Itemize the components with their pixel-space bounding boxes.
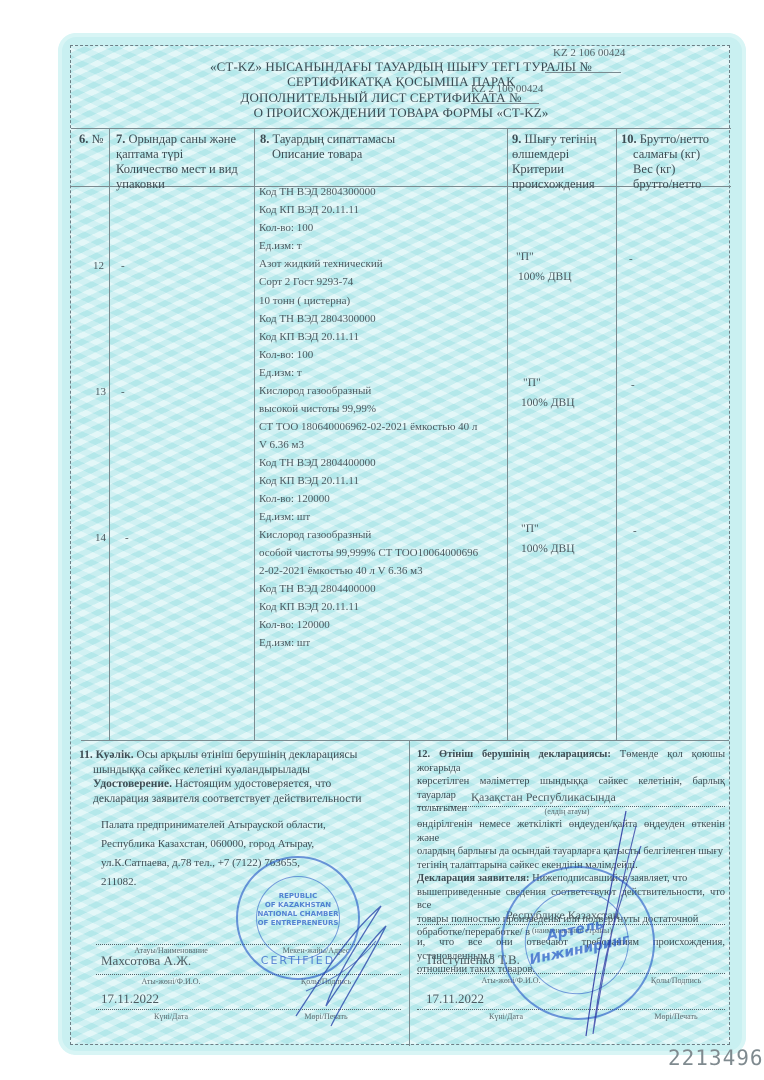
desc-line: Кол-во: 120000 <box>259 619 330 631</box>
desc-line: Код ТН ВЭД 2804400000 <box>259 457 376 469</box>
desc-line: Кол-во: 100 <box>259 222 313 234</box>
cert-number-ru: KZ 2 106 00424 <box>471 83 543 95</box>
row-criteria-value: 100% ДВЦ <box>521 543 575 555</box>
desc-line: Ед.изм: т <box>259 367 302 379</box>
desc-line: Код КП ВЭД 20.11.11 <box>259 204 359 216</box>
desc-line: Азот жидкий технический <box>259 258 383 270</box>
header-col-9: 9. Шығу тегінің өлшемдері Критерии проис… <box>512 132 596 192</box>
header-col-10: 10. Брутто/нетто салмағы (кг) Вес (кг) б… <box>621 132 709 192</box>
header-col-8: 8. Тауардың сипаттамасы Описание товара <box>260 132 395 162</box>
desc-line: Код ТН ВЭД 2804400000 <box>259 583 376 595</box>
desc-line: Ед.изм: шт <box>259 637 310 649</box>
declaration-country-kz: Қазақстан Республикасында <box>471 790 616 805</box>
desc-line: Кислород газообразный <box>259 385 371 397</box>
table-top-border <box>71 128 731 129</box>
cert-number-underline-kz <box>545 72 621 73</box>
certification-text: 11. Куәлік. Осы арқылы өтініш берушінің … <box>79 748 377 806</box>
row-number: 13 <box>95 386 106 398</box>
table-bottom-border <box>81 740 729 741</box>
row-criteria-code: "П" <box>521 523 539 535</box>
desc-line: Кислород газообразный <box>259 529 371 541</box>
header-col-6: 6. № <box>79 132 103 147</box>
cert-number-kz: KZ 2 106 00424 <box>553 47 625 59</box>
row-number: 14 <box>95 532 106 544</box>
desc-line: Код КП ВЭД 20.11.11 <box>259 331 359 343</box>
bottom-divider <box>409 740 410 1046</box>
desc-line: Код ТН ВЭД 2804300000 <box>259 313 376 325</box>
desc-line: Код ТН ВЭД 2804300000 <box>259 186 376 198</box>
desc-line: Сорт 2 Гост 9293-74 <box>259 276 353 288</box>
declaration-date: 17.11.2022 <box>426 991 484 1007</box>
desc-line: Кол-во: 120000 <box>259 493 330 505</box>
col-divider-3 <box>507 128 508 740</box>
desc-line: высокой чистоты 99,99% <box>259 403 376 415</box>
desc-line: Ед.изм: шт <box>259 511 310 523</box>
certification-date: 17.11.2022 <box>101 991 159 1007</box>
row-number: 12 <box>93 260 104 272</box>
col-divider-4 <box>616 128 617 740</box>
desc-line: 10 тонн ( цистерна) <box>259 295 350 307</box>
desc-line: особой чистоты 99,999% СТ ТОО10064000696 <box>259 547 478 559</box>
row-criteria-value: 100% ДВЦ <box>518 271 572 283</box>
col-divider-1 <box>109 128 110 740</box>
row-packages: - <box>121 260 125 272</box>
title-kz-line2: СЕРТИФИКАТҚА ҚОСЫМША ПАРАҚ <box>71 74 731 90</box>
row-criteria-code: "П" <box>516 251 534 263</box>
row-weight: - <box>633 525 637 537</box>
desc-line: V 6.36 м3 <box>259 439 304 451</box>
serial-number: 2213496 <box>668 1046 764 1070</box>
desc-line: Код КП ВЭД 20.11.11 <box>259 601 359 613</box>
certifier-name: Махсотова А.Ж. <box>101 953 191 969</box>
desc-line: Кол-во: 100 <box>259 349 313 361</box>
header-col-7: 7. Орындар саны және қаптама түрі Количе… <box>116 132 238 192</box>
row-weight: - <box>631 379 635 391</box>
row-packages: - <box>125 532 129 544</box>
desc-line: Код КП ВЭД 20.11.11 <box>259 475 359 487</box>
label-date: Күні/Дата <box>111 1012 231 1021</box>
certifier-signature <box>286 896 396 1036</box>
row-packages: - <box>121 386 125 398</box>
certificate-sheet: «СТ-KZ» НЫСАНЫНДАҒЫ ТАУАРДЫҢ ШЫҒУ ТЕГІ Т… <box>70 45 730 1045</box>
desc-line: СТ ТОО 180640006962-02-2021 ёмкостью 40 … <box>259 421 477 433</box>
title-kz-line1: «СТ-KZ» НЫСАНЫНДАҒЫ ТАУАРДЫҢ ШЫҒУ ТЕГІ Т… <box>71 59 731 75</box>
col-divider-2 <box>254 128 255 740</box>
desc-line: 2-02-2021 ёмкостью 40 л V 6.36 м3 <box>259 565 423 577</box>
desc-line: Ед.изм: т <box>259 240 302 252</box>
row-criteria-value: 100% ДВЦ <box>521 397 575 409</box>
declarant-signature <box>521 806 651 1046</box>
title-ru-line2: О ПРОИСХОЖДЕНИИ ТОВАРА ФОРМЫ «СТ-KZ» <box>71 105 731 121</box>
title-ru-line1: ДОПОЛНИТЕЛЬНЫЙ ЛИСТ СЕРТИФИКАТА № <box>51 90 711 106</box>
cert-number-underline-ru <box>471 103 539 104</box>
row-criteria-code: "П" <box>523 377 541 389</box>
row-weight: - <box>629 253 633 265</box>
label-fio: Аты-жөні/Ф.И.О. <box>111 977 231 986</box>
